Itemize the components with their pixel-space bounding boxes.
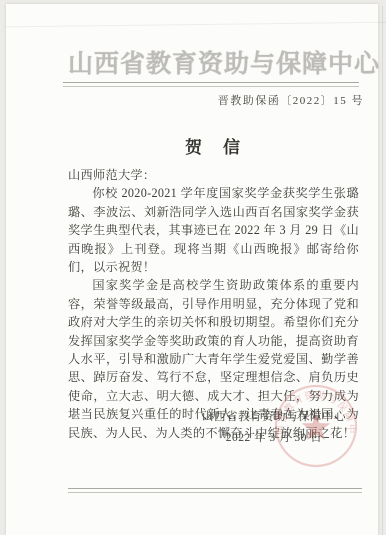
scan-page-top-edge: [6, 22, 386, 28]
salutation: 山西师范大学：: [68, 166, 359, 184]
signature-date: 2022 年 3 月 30 日: [202, 431, 346, 445]
footer-divider: [68, 488, 362, 493]
document-number: 晋教助保函〔2022〕15 号: [68, 92, 364, 108]
letterhead-org-name: 山西省教育资助与保障中心: [68, 44, 359, 80]
scan-page-right-edge: [382, 6, 383, 535]
paragraph-1: 你校 2020-2021 学年度国家奖学金获奖学生张璐璐、李波沄、刘新浩同学入选…: [68, 184, 359, 276]
document-page: 山西省教育资助与保障中心 晋教助保函〔2022〕15 号 贺 信 山西师范大学：…: [6, 4, 378, 535]
signature-org: 山西省教育资助与保障中心: [202, 410, 346, 425]
letter-title: 贺 信: [68, 133, 359, 158]
letterhead-divider: [63, 82, 359, 87]
scanned-document: 山西省教育资助与保障中心 晋教助保函〔2022〕15 号 贺 信 山西师范大学：…: [0, 0, 386, 535]
letter-body: 山西师范大学： 你校 2020-2021 学年度国家奖学金获奖学生张璐璐、李波沄…: [68, 166, 359, 442]
closing-block: 山西省教育资助与保障中心 2022 年 3 月 30 日: [202, 410, 346, 445]
